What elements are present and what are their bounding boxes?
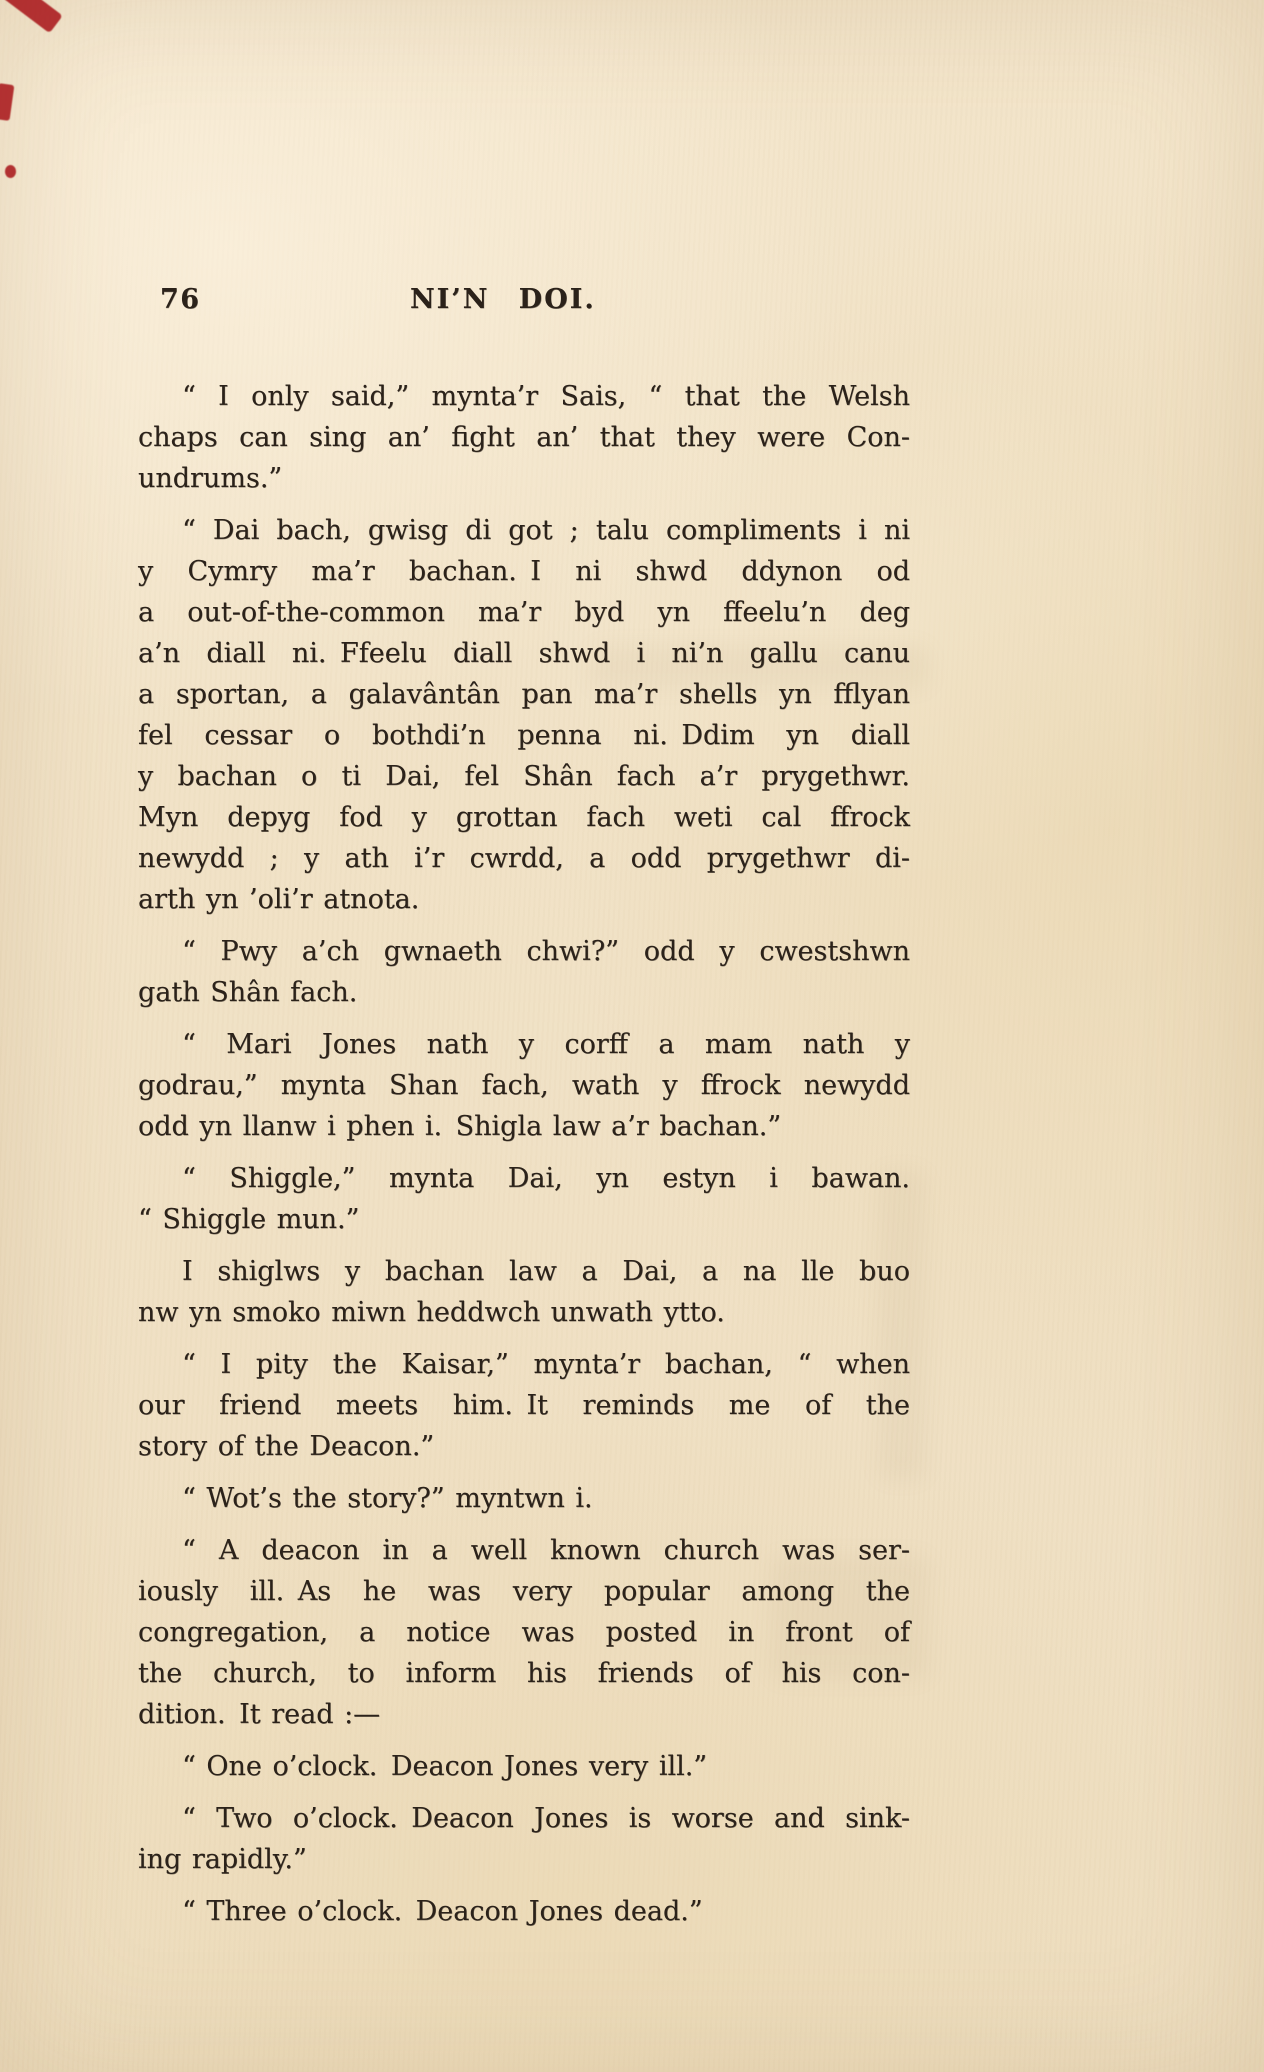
text-line: the church, to inform his friends of his… bbox=[138, 1653, 910, 1694]
text-line: “ One o’clock. Deacon Jones very ill.” bbox=[138, 1746, 910, 1787]
paragraph: “ I pity the Kaisar,” mynta’r bachan, “ … bbox=[138, 1344, 910, 1467]
text-line: odd yn llanw i phen i. Shigla law a’r ba… bbox=[138, 1106, 910, 1147]
red-ink-mark-dot bbox=[5, 165, 16, 178]
text-line: arth yn ’oli’r atnota. bbox=[138, 879, 910, 920]
text-line: “ Shiggle mun.” bbox=[138, 1199, 910, 1240]
text-line: congregation, a notice was posted in fro… bbox=[138, 1612, 910, 1653]
text-line: “ I only said,” mynta’r Sais, “ that the… bbox=[138, 376, 910, 417]
text-line: godrau,” mynta Shan fach, wath y ffrock … bbox=[138, 1065, 910, 1106]
paragraph: “ I only said,” mynta’r Sais, “ that the… bbox=[138, 376, 910, 499]
text-line: our friend meets him. It reminds me of t… bbox=[138, 1385, 910, 1426]
text-line: “ Dai bach, gwisg di got ; talu complime… bbox=[138, 510, 910, 551]
text-line: newydd ; y ath i’r cwrdd, a odd prygethw… bbox=[138, 838, 910, 879]
paragraph: “ Three o’clock. Deacon Jones dead.” bbox=[138, 1891, 910, 1932]
paragraph: “ Mari Jones nath y corff a mam nath ygo… bbox=[138, 1024, 910, 1147]
paragraph: “ Two o’clock. Deacon Jones is worse and… bbox=[138, 1798, 910, 1880]
book-page: 76 NI’N DOI. “ I only said,” mynta’r Sai… bbox=[0, 0, 1264, 2072]
page-header: 76 NI’N DOI. bbox=[138, 284, 910, 318]
page-content: 76 NI’N DOI. “ I only said,” mynta’r Sai… bbox=[138, 284, 910, 1943]
red-ink-mark-edge bbox=[0, 83, 14, 121]
text-line: chaps can sing an’ fight an’ that they w… bbox=[138, 417, 910, 458]
paragraph: “ Shiggle,” mynta Dai, yn estyn i bawan.… bbox=[138, 1158, 910, 1240]
text-line: a out-of-the-common ma’r byd yn ffeelu’n… bbox=[138, 592, 910, 633]
text-line: “ Shiggle,” mynta Dai, yn estyn i bawan. bbox=[138, 1158, 910, 1199]
text-line: “ Three o’clock. Deacon Jones dead.” bbox=[138, 1891, 910, 1932]
text-line: undrums.” bbox=[138, 458, 910, 499]
text-line: dition. It read :— bbox=[138, 1694, 910, 1735]
text-line: “ Mari Jones nath y corff a mam nath y bbox=[138, 1024, 910, 1065]
text-line: “ Pwy a’ch gwnaeth chwi?” odd y cwestshw… bbox=[138, 931, 910, 972]
text-line: fel cessar o bothdi’n penna ni. Ddim yn … bbox=[138, 715, 910, 756]
paragraph: “ Dai bach, gwisg di got ; talu complime… bbox=[138, 510, 910, 920]
text-line: y Cymry ma’r bachan. I ni shwd ddynon od bbox=[138, 551, 910, 592]
paragraph: “ Pwy a’ch gwnaeth chwi?” odd y cwestshw… bbox=[138, 931, 910, 1013]
text-line: “ A deacon in a well known church was se… bbox=[138, 1530, 910, 1571]
running-title: NI’N DOI. bbox=[410, 284, 596, 315]
text-line: “ Wot’s the story?” myntwn i. bbox=[138, 1478, 910, 1519]
paragraph: I shiglws y bachan law a Dai, a na lle b… bbox=[138, 1251, 910, 1333]
text-line: a sportan, a galavântân pan ma’r shells … bbox=[138, 674, 910, 715]
paragraph: “ One o’clock. Deacon Jones very ill.” bbox=[138, 1746, 910, 1787]
text-line: iously ill. As he was very popular among… bbox=[138, 1571, 910, 1612]
text-line: “ I pity the Kaisar,” mynta’r bachan, “ … bbox=[138, 1344, 910, 1385]
text-line: y bachan o ti Dai, fel Shân fach a’r pry… bbox=[138, 756, 910, 797]
text-line: I shiglws y bachan law a Dai, a na lle b… bbox=[138, 1251, 910, 1292]
scanned-book-photo: { "colors": { "paper": "#f1e3c6", "ink":… bbox=[0, 0, 1264, 2072]
text-line: story of the Deacon.” bbox=[138, 1426, 910, 1467]
text-line: nw yn smoko miwn heddwch unwath ytto. bbox=[138, 1292, 910, 1333]
page-body-text: “ I only said,” mynta’r Sais, “ that the… bbox=[138, 376, 910, 1932]
red-ink-mark-corner bbox=[0, 0, 63, 33]
text-line: “ Two o’clock. Deacon Jones is worse and… bbox=[138, 1798, 910, 1839]
text-line: gath Shân fach. bbox=[138, 972, 910, 1013]
paragraph: “ A deacon in a well known church was se… bbox=[138, 1530, 910, 1735]
paragraph: “ Wot’s the story?” myntwn i. bbox=[138, 1478, 910, 1519]
text-line: a’n diall ni. Ffeelu diall shwd i ni’n g… bbox=[138, 633, 910, 674]
text-line: ing rapidly.” bbox=[138, 1839, 910, 1880]
page-number: 76 bbox=[160, 284, 201, 315]
text-line: Myn depyg fod y grottan fach weti cal ff… bbox=[138, 797, 910, 838]
